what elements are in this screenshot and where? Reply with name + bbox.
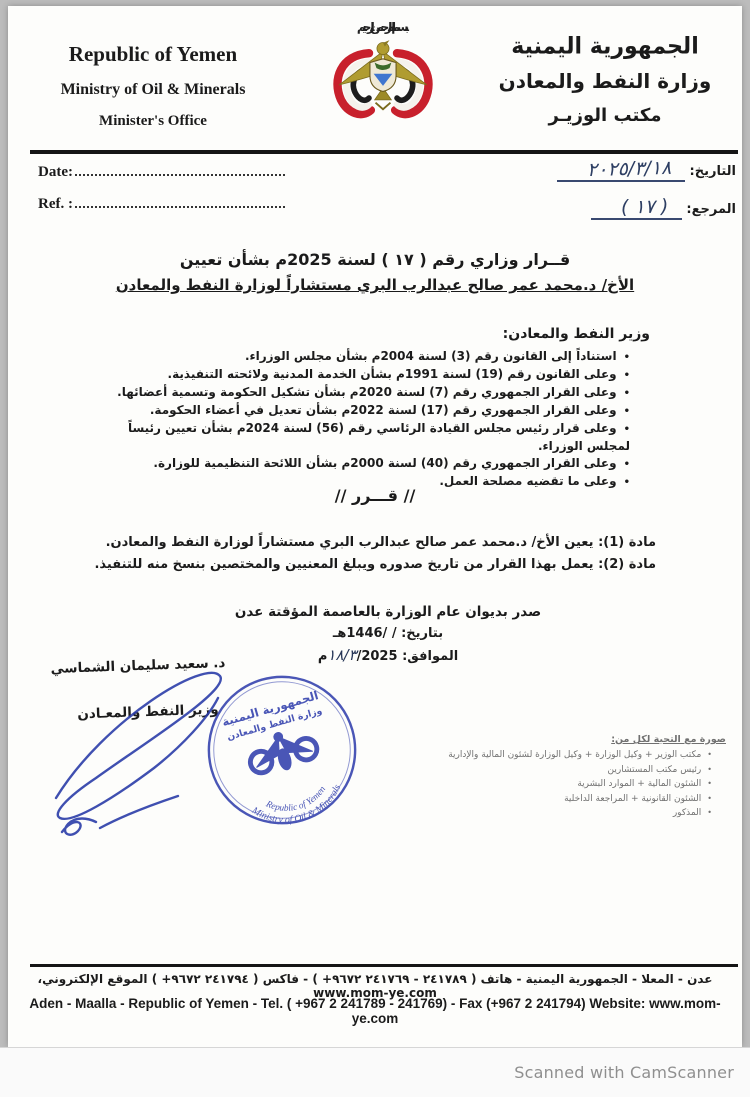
cc-list: •مكتب الوزير + وكيل الوزارة + وكيل الوزا… [396, 748, 726, 821]
date-handwritten-value: ٢٠٢٥/٣/١٨ [586, 157, 671, 181]
bullet-icon: • [624, 352, 630, 363]
bullet-icon: • [624, 459, 630, 470]
date-ref-arabic: التاريخ: ٢٠٢٥/٣/١٨ المرجع: ( ١٧ ) [557, 158, 736, 234]
bullet-icon: • [707, 808, 712, 817]
bullet-icon: • [624, 370, 630, 381]
decree-subject: الأخ/ د.محمد عمر صالح عبدالرب البري مستش… [8, 276, 742, 294]
header-arabic: الجمهورية اليمنية وزارة النفط والمعادن م… [480, 34, 730, 126]
scanned-document: { "scanner": { "label": "Scanned with Ca… [0, 0, 750, 1097]
bullet-icon: • [707, 765, 712, 774]
yemen-coat-of-arms-icon: بسم الله الرحمن الرحيم [313, 14, 453, 154]
article-2: مادة (2): يعمل بهذا القرار من تاريخ صدور… [96, 554, 656, 576]
bullet-icon: • [624, 406, 630, 417]
article-2-text: يعمل بهذا القرار من تاريخ صدوره ويبلغ ال… [94, 557, 593, 572]
preamble-item: •وعلى قرار رئيس مجلس القيادة الرئاسي رقم… [90, 420, 630, 455]
cc-list-block: صورة مع التحية لكل من: •مكتب الوزير + وك… [396, 734, 726, 821]
hijri-date-line: بتاريخ: / /1446هـ [168, 626, 608, 641]
date-label-en: Date: [38, 164, 73, 180]
preamble-list: •استناداً إلى القانون رقم (3) لسنة 2004م… [90, 348, 630, 491]
country-name-ar: الجمهورية اليمنية [480, 33, 730, 59]
date-blank-line [75, 162, 285, 176]
cc-item: •المذكور [396, 806, 712, 821]
shield [370, 59, 396, 92]
header-divider [30, 150, 738, 154]
preamble-item: •استناداً إلى القانون رقم (3) لسنة 2004م… [90, 348, 630, 366]
issued-at-line: صدر بديوان عام الوزارة بالعاصمة المؤقتة … [168, 604, 608, 620]
ref-label-ar: المرجع: [686, 202, 736, 217]
decided-marker: // قـــرر // [8, 486, 742, 505]
bullet-icon: • [707, 750, 712, 759]
date-ref-english: Date: Ref. : [38, 162, 285, 226]
office-name-en: Minister's Office [38, 113, 268, 130]
ref-label-en: Ref. : [38, 196, 73, 212]
cc-item: •الشئون القانونية + المراجعة الداخلية [396, 792, 712, 807]
cc-item: •الشئون المالية + الموارد البشرية [396, 777, 712, 792]
article-1-text: يعين الأخ/ د.محمد عمر صالح عبدالرب البري… [106, 535, 594, 550]
ministry-name-en: Ministry of Oil & Minerals [38, 81, 268, 99]
article-2-label: مادة (2): [598, 557, 656, 572]
addressee-line: وزير النفط والمعادن: [503, 326, 650, 342]
bullet-icon: • [624, 424, 630, 435]
article-1: مادة (1): يعين الأخ/ د.محمد عمر صالح عبد… [96, 532, 656, 554]
preamble-item: •وعلى القرار الجمهوري رقم (7) لسنة 2020م… [90, 384, 630, 402]
preamble-item: •وعلى القرار الجمهوري رقم (17) لسنة 2022… [90, 402, 630, 420]
preamble-item: •وعلى القانون رقم (19) لسنة 1991م بشأن ا… [90, 366, 630, 384]
bismillah-calligraphy: بسم الله الرحمن الرحيم [357, 20, 410, 34]
footer-contact-en: Aden - Maalla - Republic of Yemen - Tel.… [8, 996, 742, 1026]
office-name-ar: مكتب الوزيـر [480, 105, 730, 126]
ministry-name-ar: وزارة النفط والمعادن [480, 69, 730, 93]
ref-handwritten-value: ( ١٧ ) [620, 195, 668, 218]
gregorian-label: الموافق: [402, 649, 458, 664]
ref-blank-line [75, 194, 285, 208]
bullet-icon: • [624, 388, 630, 399]
article-1-label: مادة (1): [598, 535, 656, 550]
decree-title: قــرار وزاري رقم ( ١٧ ) لسنة 2025م بشأن … [8, 250, 742, 269]
cc-item: •مكتب الوزير + وكيل الوزارة + وكيل الوزا… [396, 748, 712, 763]
document-page: Republic of Yemen Ministry of Oil & Mine… [8, 6, 742, 1047]
bullet-icon: • [707, 794, 712, 803]
bullet-icon: • [707, 779, 712, 788]
cc-heading: صورة مع التحية لكل من: [396, 734, 726, 745]
camscanner-label: Scanned with CamScanner [514, 1063, 734, 1082]
country-name-en: Republic of Yemen [38, 42, 268, 67]
date-label-ar: التاريخ: [690, 164, 736, 179]
cc-item: •رئيس مكتب المستشارين [396, 763, 712, 778]
camscanner-bar: Scanned with CamScanner [0, 1047, 750, 1097]
articles: مادة (1): يعين الأخ/ د.محمد عمر صالح عبد… [96, 532, 656, 576]
header-english: Republic of Yemen Ministry of Oil & Mine… [38, 42, 268, 130]
preamble-item: •وعلى القرار الجمهوري رقم (40) لسنة 2000… [90, 455, 630, 473]
footer-divider [30, 964, 738, 967]
